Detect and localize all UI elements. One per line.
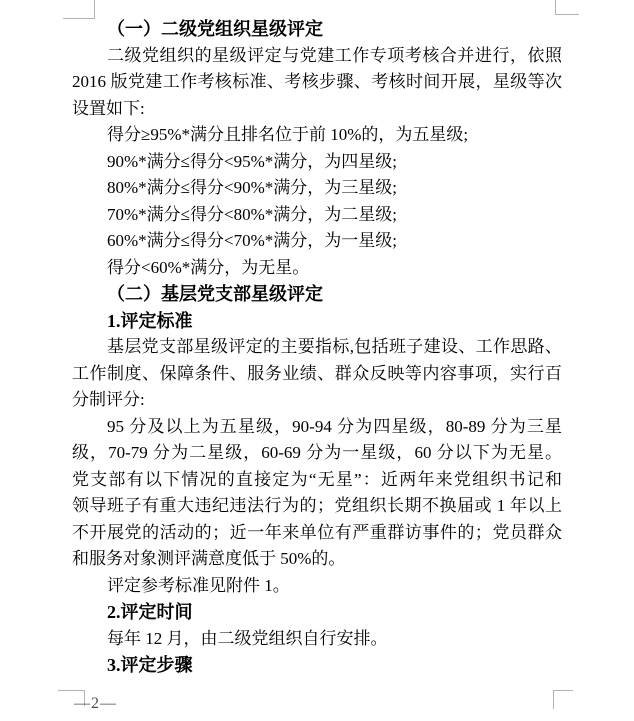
document-line: 分制评分: [72,387,562,414]
document-line: 不开展党的活动的；近一年来单位有严重群访事件的；党员群众 [72,520,562,547]
document-line: 70%*满分≤得分<80%*满分，为二星级; [72,202,562,229]
document-line: 工作制度、保障条件、服务业绩、群众反映等内容事项，实行百 [72,361,562,388]
crop-mark-bottom-right [553,690,573,709]
document-line: 党支部有以下情况的直接定为“无星”：近两年来党组织书记和 [72,467,562,494]
section-heading: 2.评定时间 [72,599,562,626]
document-line: 级，70-79 分为二星级，60-69 分为一星级，60 分以下为无星。 [72,440,562,467]
section-heading: 3.评定步骤 [72,652,562,679]
document-line: 和服务对象测评满意度低于 50%的。 [72,546,562,573]
document-line: 2016 版党建工作考核标准、考核步骤、考核时间开展，星级等次 [72,69,562,96]
document-line: 90%*满分≤得分<95%*满分，为四星级; [72,149,562,176]
section-heading: （一）二级党组织星级评定 [72,16,562,43]
document-line: 评定参考标准见附件 1。 [72,573,562,600]
document-line: 60%*满分≤得分<70%*满分，为一星级; [72,228,562,255]
document-page: { "page": { "background": "#ffffff", "te… [0,0,634,721]
crop-mark-top-right [555,0,579,15]
document-line: 基层党支部星级评定的主要指标,包括班子建设、工作思路、 [72,334,562,361]
page-number: —2— [74,695,117,713]
document-line: 每年 12 月，由二级党组织自行安排。 [72,626,562,653]
document-line: 二级党组织的星级评定与党建工作专项考核合并进行，依照 [72,43,562,70]
document-line: 95 分及以上为五星级，90-94 分为四星级，80-89 分为三星 [72,414,562,441]
document-line: 领导班子有重大违纪违法行为的；党组织长期不换届或 1 年以上 [72,493,562,520]
section-heading: （二）基层党支部星级评定 [72,281,562,308]
document-line: 得分≥95%*满分且排名位于前 10%的，为五星级; [72,122,562,149]
document-lines: （一）二级党组织星级评定二级党组织的星级评定与党建工作专项考核合并进行，依照20… [72,16,562,679]
section-heading: 1.评定标准 [72,308,562,335]
document-line: 80%*满分≤得分<90%*满分，为三星级; [72,175,562,202]
document-line: 设置如下: [72,96,562,123]
document-line: 得分<60%*满分，为无星。 [72,255,562,282]
